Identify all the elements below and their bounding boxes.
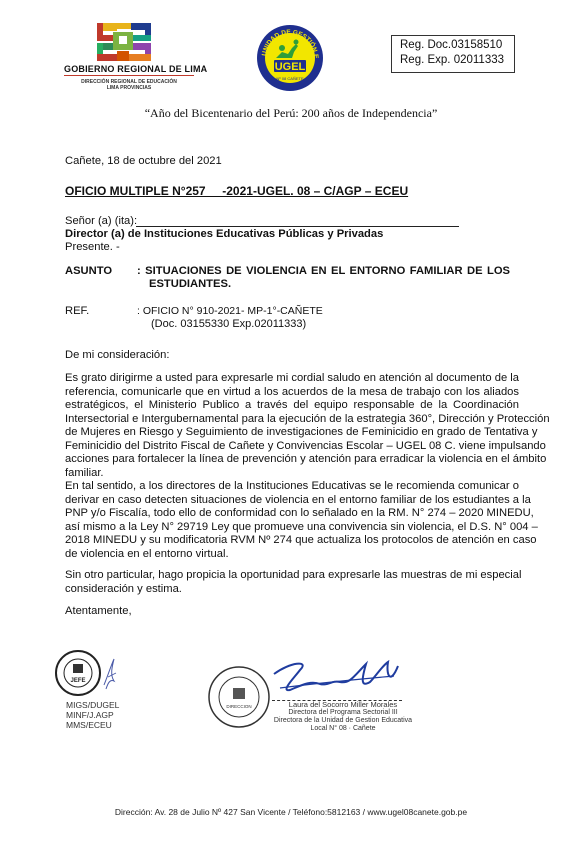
paragraph-line: Sin otro particular, hago propicia la op… [65, 569, 519, 583]
oficio-number: OFICIO MULTIPLE N°257 -2021-UGEL. 08 – C… [65, 184, 408, 198]
jefe-stamp: JEFE [55, 650, 101, 696]
paragraph-line: familiar. [65, 467, 519, 481]
paragraph-line: consideración y estima. [65, 583, 519, 597]
jefe-initial-signature-icon [100, 655, 120, 695]
initials-line: MIGS/DUGEL [66, 700, 119, 710]
gobierno-regional-subtitle: DIRECCIÓN REGIONAL DE EDUCACIÓN LIMA PRO… [64, 79, 194, 91]
closing: Atentamente, [65, 605, 132, 619]
ref-oficio: : OFICIO N° 910-2021- MP-1°-CAÑETE [137, 305, 323, 317]
addressee-blank-line [136, 226, 459, 227]
svg-text:DIRECCION: DIRECCION [226, 704, 251, 709]
signer-name: Laura del Socorro Miller Morales [268, 701, 418, 709]
paragraph-line: Feminicidio del Distrito Fiscal de Cañet… [65, 440, 519, 454]
initials-block: MIGS/DUGEL MINF/J.AGP MMS/ECEU [66, 700, 119, 730]
paragraph-line: Intersectorial e Intergubernamental para… [65, 413, 519, 427]
footer-address: Dirección: Av. 28 de Julio Nº 427 San Vi… [0, 807, 582, 817]
registry-doc: Reg. Doc.03158510 [400, 38, 514, 53]
director-signature [270, 656, 406, 700]
paragraph-line: Es grato dirigirme a usted para expresar… [65, 372, 519, 386]
asunto-text-continued: ESTUDIANTES. [149, 278, 231, 292]
letter-date: Cañete, 18 de octubre del 2021 [65, 155, 222, 169]
signer-title: Directora del Programa Sectorial III [268, 709, 418, 717]
signer-block: Laura del Socorro Miller Morales Directo… [268, 701, 418, 733]
jefe-signature [100, 655, 120, 695]
signer-title: Local N° 08 · Cañete [268, 725, 418, 733]
direccion-stamp-icon: DIRECCION [208, 666, 270, 728]
direccion-stamp: DIRECCION [208, 666, 270, 728]
paragraph-line: de violencia en el entorno virtual. [65, 548, 519, 562]
registry-exp: Reg. Exp. 02011333 [400, 53, 514, 68]
paragraph-line: de Mujeres en Riesgo y Seguimiento de in… [65, 426, 519, 440]
paragraph-line: estratégicos, el Ministerio Publico a tr… [65, 399, 519, 413]
paragraph-line: así mismo a la Ley N° 29719 Ley que prom… [65, 521, 519, 535]
paragraph-line: derivar en caso detecten situaciones de … [65, 494, 519, 508]
paragraph-line: En tal sentido, a los directores de la I… [65, 480, 519, 494]
jefe-stamp-icon: JEFE [55, 650, 101, 696]
signer-title: Directora de la Unidad de Gestion Educat… [268, 717, 418, 725]
gobierno-regional-logo: GOBIERNO REGIONAL DE LIMA DIRECCIÓN REGI… [80, 22, 198, 102]
greeting: De mi consideración: [65, 349, 169, 363]
initials-line: MINF/J.AGP [66, 710, 119, 720]
initials-line: MMS/ECEU [66, 720, 119, 730]
subtitle-line-2: LIMA PROVINCIAS [107, 85, 152, 91]
paragraph-line: acciones para fortalecer la línea de pre… [65, 453, 519, 467]
paragraph-2: En tal sentido, a los directores de la I… [65, 480, 519, 561]
asunto-label: ASUNTO [65, 265, 112, 279]
paragraph-3: Sin otro particular, hago propicia la op… [65, 569, 519, 596]
addressee: Director (a) de Instituciones Educativas… [65, 228, 383, 242]
handwritten-signature-icon [270, 656, 406, 700]
svg-text:JEFE: JEFE [70, 678, 85, 684]
asunto-text: : SITUACIONES DE VIOLENCIA EN EL ENTORNO… [137, 265, 510, 279]
salutation-label: Señor (a) (ita): [65, 215, 137, 229]
presente: Presente. - [65, 241, 120, 255]
ugel-logo: UNIDAD DE GESTIÓN EDUCATIVA LOCAL UGEL N… [256, 24, 324, 92]
gobierno-regional-emblem-icon [93, 22, 155, 62]
gobierno-regional-title: GOBIERNO REGIONAL DE LIMA [64, 64, 194, 76]
paragraph-1: Es grato dirigirme a usted para expresar… [65, 372, 519, 480]
svg-text:UGEL: UGEL [275, 61, 306, 73]
ref-doc-exp: (Doc. 03155330 Exp.02011333) [151, 318, 306, 330]
paragraph-line: PNP y/o Fiscalía, todo ello de conformid… [65, 507, 519, 521]
year-motto: “Año del Bicentenario del Perú: 200 años… [0, 106, 582, 121]
ref-label: REF. [65, 305, 89, 319]
paragraph-line: referencia, comunicarle que en virtud a … [65, 386, 519, 400]
svg-text:Nº 08 CAÑETE: Nº 08 CAÑETE [276, 76, 304, 81]
ugel-emblem-icon: UNIDAD DE GESTIÓN EDUCATIVA LOCAL UGEL N… [256, 24, 324, 92]
paragraph-line: 2018 MINEDU y su modificatoria RVM Nº 27… [65, 534, 519, 548]
registry-box: Reg. Doc.03158510 Reg. Exp. 02011333 [391, 35, 515, 73]
